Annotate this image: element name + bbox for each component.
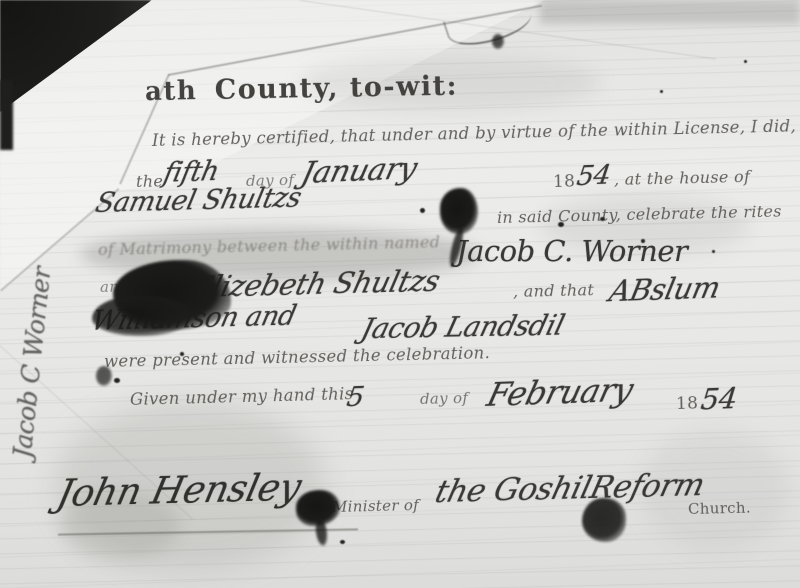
ink-blot	[492, 34, 504, 49]
year-prefix-printed: 18	[553, 171, 576, 191]
ink-speck	[744, 60, 747, 63]
ink-blot	[96, 366, 112, 386]
day-of-label2: day of	[420, 389, 469, 408]
county-header: ath County, to-wit:	[145, 71, 459, 107]
certificate-scan: ath County, to-wit: It is hereby certifi…	[0, 0, 800, 588]
witness1-firstname-handwritten: ABslum	[606, 270, 723, 308]
ink-speck	[420, 208, 425, 213]
wedding-year-handwritten: 54	[575, 160, 613, 192]
signing-year-handwritten: 54	[699, 381, 738, 416]
ink-speck	[600, 217, 605, 221]
signing-month-handwritten: February	[483, 371, 637, 414]
county-header-text: County, to-wit:	[215, 71, 459, 106]
ink-speck	[641, 239, 645, 243]
ink-blot	[582, 498, 626, 542]
ink-speck	[114, 378, 120, 383]
ink-speck	[558, 222, 564, 227]
church-label: Church.	[688, 499, 751, 518]
and-that-label: , and that	[513, 280, 594, 301]
minister-signature: John Hensley	[53, 466, 305, 516]
minister-of-label: Minister of	[332, 496, 419, 516]
wedding-month-handwritten: January	[298, 151, 421, 191]
ink-speck	[180, 352, 184, 356]
page-edge-shadow	[540, 0, 800, 24]
host-name-handwritten: Samuel Shultzs	[93, 183, 304, 220]
year-prefix-printed2: 18	[676, 393, 699, 413]
ink-speck	[660, 90, 663, 93]
ink-speck	[712, 250, 715, 253]
witness2-name-handwritten: Jacob Landsdil	[358, 308, 568, 345]
signing-day-handwritten: 5	[345, 381, 366, 413]
ink-blot	[92, 296, 192, 336]
page-edge-shadow	[0, 80, 13, 150]
house-of-label: , at the house of	[614, 167, 751, 189]
given-under-hand-label: Given under my hand this	[130, 384, 354, 409]
ink-speck	[340, 540, 345, 544]
witnessed-line: were present and witnessed the celebrati…	[104, 343, 490, 371]
church-name-handwritten: the GoshilReform	[432, 467, 708, 510]
groom-name-handwritten: Jacob C. Worner	[456, 234, 687, 268]
county-header-prefix: ath	[145, 76, 198, 107]
